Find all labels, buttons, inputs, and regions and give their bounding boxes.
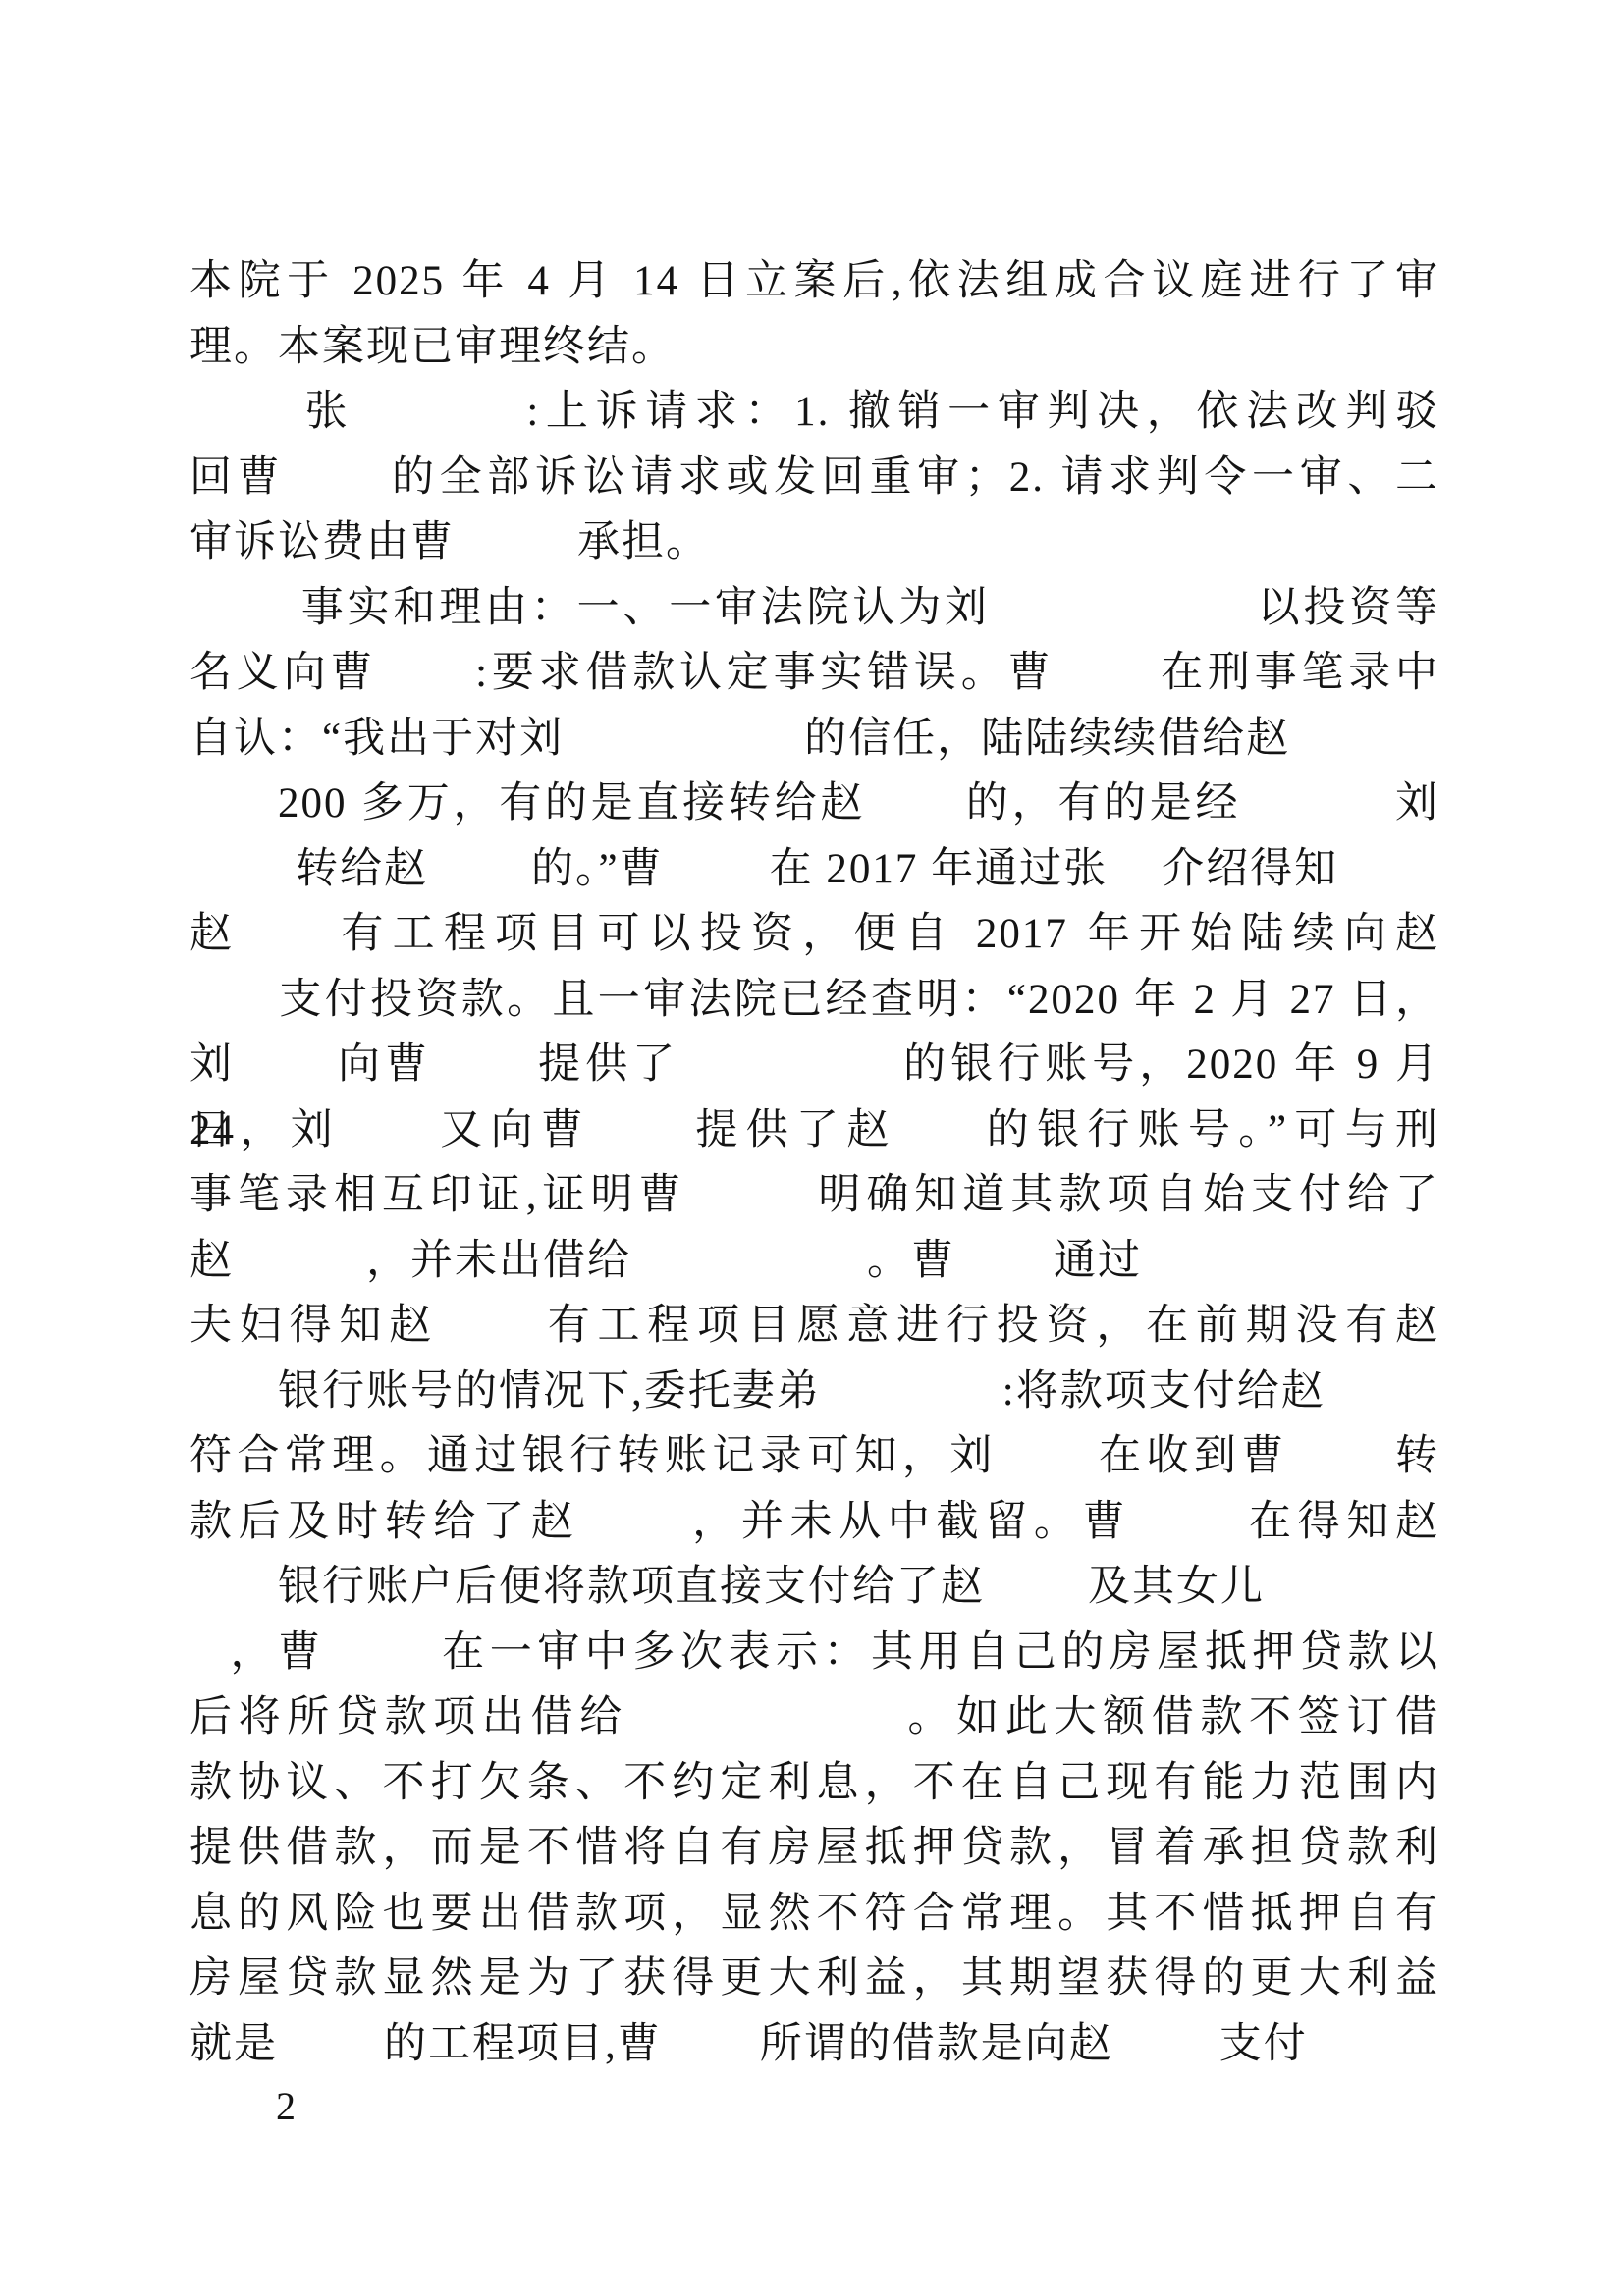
text-line-25: 提供借款，而是不惜将自有房屋抵押贷款，冒着承担贷款利: [189, 1816, 1439, 1882]
text-line-5: 审诉讼费由曹承担。: [189, 510, 1439, 576]
text-line-9: 200 多万，有的是直接转给赵的，有的是经刘: [189, 772, 1439, 837]
text-line-24: 款协议、不打欠条、不约定利息，不在自己现有能力范围内: [189, 1751, 1439, 1817]
text-segment: 通过: [1054, 1238, 1142, 1284]
text-segment: 支付: [1219, 2021, 1308, 2067]
redaction-gap: [686, 1207, 814, 1208]
text-segment: 有工程项目可以投资，便自 2017 年开始陆续向赵: [334, 911, 1439, 957]
text-segment: 提供了赵: [689, 1107, 896, 1153]
text-segment: :要求借款认定事实错误。曹: [475, 650, 1055, 696]
redaction-gap: [991, 620, 1256, 621]
text-segment: 在得知赵: [1244, 1499, 1439, 1545]
text-segment: 回曹: [189, 454, 285, 501]
redaction-gap: [662, 2056, 760, 2057]
text-segment: 自认：“我出于对刘: [189, 716, 564, 762]
text-line-13: 刘向曹提供了的银行账号，2020 年 9 月 24: [189, 1033, 1439, 1098]
redaction-gap: [189, 1404, 278, 1405]
text-line-4: 回曹的全部诉讼请求或发回重审；2. 请求判令一审、二: [189, 446, 1439, 511]
text-segment: 有工程项目愿意进行投资，在前期没有赵: [542, 1303, 1439, 1349]
text-line-1: 本院于 2025 年 4 月 14 日立案后,依法组成合议庭进行了审: [189, 249, 1439, 315]
text-segment: 审诉讼费由曹: [189, 519, 455, 565]
redaction-gap: [1241, 816, 1393, 817]
text-line-7: 名义向曹:要求借款认定事实错误。曹在刑事笔录中: [189, 641, 1439, 707]
text-line-8: 自认：“我出于对刘的信任，陆陆续续借给赵: [189, 707, 1439, 773]
redaction-gap: [241, 946, 334, 947]
redaction-gap: [955, 1273, 1054, 1274]
text-segment: 符合常理。通过银行转账记录可知，刘: [189, 1433, 998, 1479]
text-segment: 的全部诉讼请求或发回重审；2. 请求判令一审、二: [388, 454, 1439, 501]
text-segment: 刘: [1393, 780, 1439, 827]
redaction-gap: [998, 1468, 1096, 1469]
text-segment: 转给赵: [296, 846, 428, 892]
redaction-gap: [1289, 1468, 1392, 1469]
text-line-17: 夫妇得知赵有工程项目愿意进行投资，在前期没有赵: [189, 1294, 1439, 1360]
text-segment: 本院于 2025 年 4 月 14 日立案后,依法组成合议庭进行了审: [189, 258, 1439, 304]
redaction-gap: [189, 881, 296, 882]
text-line-19: 符合常理。通过银行转账记录可知，刘在收到曹转: [189, 1424, 1439, 1490]
text-segment: 在收到曹: [1096, 1433, 1289, 1479]
text-line-27: 房屋贷款显然是为了获得更大利益，其期望获得的更大利益: [189, 1947, 1439, 2012]
text-segment: 以投资等: [1256, 585, 1439, 631]
text-line-23: 后将所贷款项出借给。如此大额借款不签订借: [189, 1685, 1439, 1751]
text-segment: :将款项支付给赵: [1002, 1368, 1326, 1415]
text-segment: 介绍得知: [1162, 846, 1338, 892]
text-line-20: 款后及时转给了赵，并未从中截留。曹在得知赵: [189, 1490, 1439, 1556]
text-segment: 所谓的借款是向赵: [760, 2021, 1113, 2067]
text-segment: 。曹: [867, 1238, 955, 1284]
document-page: 本院于 2025 年 4 月 14 日立案后,依法组成合议庭进行了审理。本案现已…: [0, 0, 1624, 2296]
text-line-6: 事实和理由：一、一审法院认为刘以投资等: [189, 576, 1439, 642]
redaction-gap: [1113, 2056, 1219, 2057]
redaction-gap: [189, 1665, 227, 1666]
redaction-gap: [579, 1534, 687, 1535]
judgment-text-block: 本院于 2025 年 4 月 14 日立案后,依法组成合议庭进行了审理。本案现已…: [189, 249, 1439, 2077]
text-line-2: 理。本案现已审理终结。: [189, 315, 1439, 381]
text-segment: 向曹: [335, 1041, 432, 1088]
page-number: 2: [276, 2083, 296, 2130]
redaction-gap: [628, 1730, 903, 1731]
text-segment: 赵: [189, 911, 241, 957]
redaction-gap: [189, 816, 278, 817]
redaction-gap: [821, 1404, 1002, 1405]
redaction-gap: [564, 751, 804, 752]
text-segment: 的信任，陆陆续续借给赵: [804, 716, 1290, 762]
text-segment: 在刑事笔录中: [1158, 650, 1439, 696]
text-segment: 赵: [189, 1238, 234, 1284]
redaction-gap: [237, 1077, 335, 1078]
text-segment: 日，刘: [189, 1107, 341, 1153]
text-line-28: 就是的工程项目,曹所谓的借款是向赵支付: [189, 2012, 1439, 2078]
text-segment: 及其女儿: [1088, 1564, 1265, 1610]
redaction-gap: [591, 1143, 689, 1144]
text-segment: ，并未从中截留。曹: [687, 1499, 1131, 1545]
text-segment: 款后及时转给了赵: [189, 1499, 579, 1545]
redaction-gap: [1055, 685, 1158, 686]
redaction-gap: [985, 1599, 1088, 1600]
text-line-21: 银行账户后便将款项直接支付给了赵及其女儿: [189, 1555, 1439, 1621]
redaction-gap: [326, 1665, 439, 1666]
redaction-gap: [897, 1143, 981, 1144]
text-segment: 事实和理由：一、一审法院认为刘: [299, 585, 991, 631]
text-segment: 的，有的是经: [964, 780, 1241, 827]
text-segment: 转: [1392, 1433, 1439, 1479]
redaction-gap: [428, 881, 531, 882]
text-segment: 事笔录相互印证,证明曹: [189, 1172, 686, 1218]
redaction-gap: [278, 2056, 384, 2057]
text-segment: 房屋贷款显然是为了获得更大利益，其期望获得的更大利益: [189, 1955, 1439, 2002]
text-segment: 在一审中多次表示：其用自己的房屋抵押贷款以: [439, 1629, 1439, 1676]
text-segment: 提供了: [535, 1041, 679, 1088]
text-segment: 提供借款，而是不惜将自有房屋抵押贷款，冒着承担贷款利: [189, 1825, 1439, 1871]
redaction-gap: [664, 881, 770, 882]
text-segment: 。如此大额借款不签订借: [903, 1694, 1439, 1740]
text-line-18: 银行账号的情况下,委托妻弟:将款项支付给赵: [189, 1360, 1439, 1425]
text-segment: 支付投资款。且一审法院已经查明：“2020 年 2 月 27 日，: [278, 977, 1439, 1023]
text-line-10: 转给赵的。”曹在 2017 年通过张介绍得知: [189, 837, 1439, 903]
text-segment: 银行账户后便将款项直接支付给了赵: [278, 1564, 985, 1610]
text-segment: 又向曹: [434, 1107, 591, 1153]
text-segment: :上诉请求：1. 撤销一审判决，依法改判驳: [526, 389, 1439, 435]
text-segment: 的工程项目,曹: [384, 2021, 662, 2067]
text-line-14: 日，刘又向曹提供了赵的银行账号。”可与刑: [189, 1098, 1439, 1164]
text-segment: ，并未出借给: [366, 1238, 631, 1284]
redaction-gap: [234, 1273, 366, 1274]
text-segment: 理。本案现已审理终结。: [189, 324, 676, 370]
text-segment: 在 2017 年通过张: [770, 846, 1109, 892]
text-line-16: 赵，并未出借给。曹通过: [189, 1229, 1439, 1295]
text-line-12: 支付投资款。且一审法院已经查明：“2020 年 2 月 27 日，: [189, 968, 1439, 1034]
text-segment: 银行账号的情况下,委托妻弟: [278, 1368, 821, 1415]
text-segment: 就是: [189, 2021, 278, 2067]
text-segment: 款协议、不打欠条、不约定利息，不在自己现有能力范围内: [189, 1760, 1439, 1806]
redaction-gap: [679, 1077, 900, 1078]
redaction-gap: [432, 1077, 535, 1078]
text-line-26: 息的风险也要出借款项，显然不符合常理。其不惜抵押自有: [189, 1882, 1439, 1948]
redaction-gap: [866, 816, 964, 817]
redaction-gap: [1131, 1534, 1244, 1535]
redaction-gap: [455, 555, 577, 556]
redaction-gap: [631, 1273, 867, 1274]
text-segment: 明确知道其款项自始支付给了: [814, 1172, 1439, 1218]
redaction-gap: [439, 1338, 542, 1339]
text-segment: 名义向曹: [189, 650, 377, 696]
text-line-22: ，曹在一审中多次表示：其用自己的房屋抵押贷款以: [189, 1621, 1439, 1686]
text-segment: 后将所贷款项出借给: [189, 1694, 628, 1740]
text-line-3: 张:上诉请求：1. 撤销一审判决，依法改判驳: [189, 380, 1439, 446]
text-segment: 200 多万，有的是直接转给赵: [278, 780, 866, 827]
text-line-11: 赵有工程项目可以投资，便自 2017 年开始陆续向赵: [189, 902, 1439, 968]
text-segment: 承担。: [577, 519, 710, 565]
redaction-gap: [189, 1012, 278, 1013]
text-line-15: 事笔录相互印证,证明曹明确知道其款项自始支付给了: [189, 1163, 1439, 1229]
redaction-gap: [354, 424, 526, 425]
text-segment: ，曹: [227, 1629, 326, 1676]
text-segment: 息的风险也要出借款项，显然不符合常理。其不惜抵押自有: [189, 1891, 1439, 1937]
redaction-gap: [1108, 881, 1162, 882]
redaction-gap: [285, 490, 388, 491]
redaction-gap: [189, 424, 299, 425]
text-segment: 夫妇得知赵: [189, 1303, 439, 1349]
text-segment: 的银行账号。”可与刑: [981, 1107, 1440, 1153]
redaction-gap: [189, 620, 299, 621]
text-segment: 张: [299, 389, 354, 435]
redaction-gap: [377, 685, 475, 686]
text-segment: 刘: [189, 1041, 237, 1088]
redaction-gap: [189, 1599, 278, 1600]
text-segment: 的。”曹: [531, 846, 664, 892]
redaction-gap: [341, 1143, 434, 1144]
